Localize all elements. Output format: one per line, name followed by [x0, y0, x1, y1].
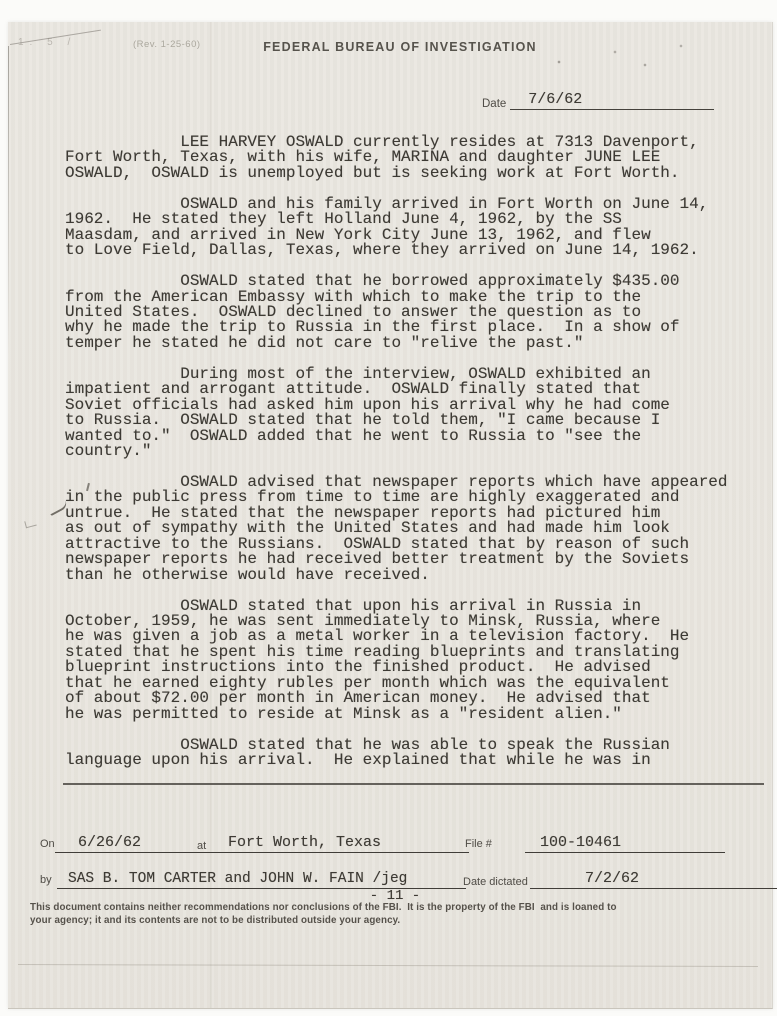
- paragraph: OSWALD advised that newspaper reports wh…: [65, 475, 755, 583]
- stray-marks: 1. 5 /: [18, 37, 76, 48]
- page-title: FEDERAL BUREAU OF INVESTIGATION: [250, 40, 550, 54]
- file-number-label: File #: [465, 838, 492, 850]
- document-body: LEE HARVEY OSWALD currently resides at 7…: [65, 135, 755, 784]
- screenshot-root: { "header": { "stray_marks": "1. 5 /", "…: [0, 0, 777, 1016]
- at-label: at: [197, 840, 206, 852]
- by-label: by: [40, 874, 52, 886]
- date-dictated-value: 7/2/62: [530, 870, 777, 889]
- disclaimer-text: This document contains neither recommend…: [30, 902, 730, 927]
- paragraph: OSWALD stated that upon his arrival in R…: [65, 599, 755, 723]
- scanned-page: 1. 5 / (Rev. 1-25-60) FEDERAL BUREAU OF …: [8, 22, 773, 1009]
- form-revision: (Rev. 1-25-60): [133, 39, 201, 50]
- footer-divider: [63, 783, 764, 785]
- paragraph: OSWALD stated that he was able to speak …: [65, 738, 755, 769]
- crease-line: [18, 964, 758, 967]
- file-number-value: 100-10461: [525, 834, 725, 853]
- paragraph: During most of the interview, OSWALD exh…: [65, 367, 755, 460]
- on-date-value: 6/26/62: [55, 834, 215, 853]
- handwritten-mark: [24, 519, 36, 529]
- paragraph: OSWALD stated that he borrowed approxima…: [65, 274, 755, 351]
- on-label: On: [40, 838, 55, 850]
- date-dictated-label: Date dictated: [463, 876, 528, 888]
- date-label: Date: [482, 98, 506, 110]
- paragraph: LEE HARVEY OSWALD currently resides at 7…: [65, 135, 755, 181]
- date-value: 7/6/62: [510, 91, 714, 110]
- paper-edge-line: [8, 46, 9, 356]
- scan-noise-dots: [553, 40, 693, 70]
- paragraph: OSWALD and his family arrived in Fort Wo…: [65, 197, 755, 259]
- at-location-value: Fort Worth, Texas: [214, 834, 469, 853]
- date-row: Date7/6/62: [482, 90, 714, 110]
- by-agents-value: SAS B. TOM CARTER and JOHN W. FAIN /jeg: [57, 870, 466, 889]
